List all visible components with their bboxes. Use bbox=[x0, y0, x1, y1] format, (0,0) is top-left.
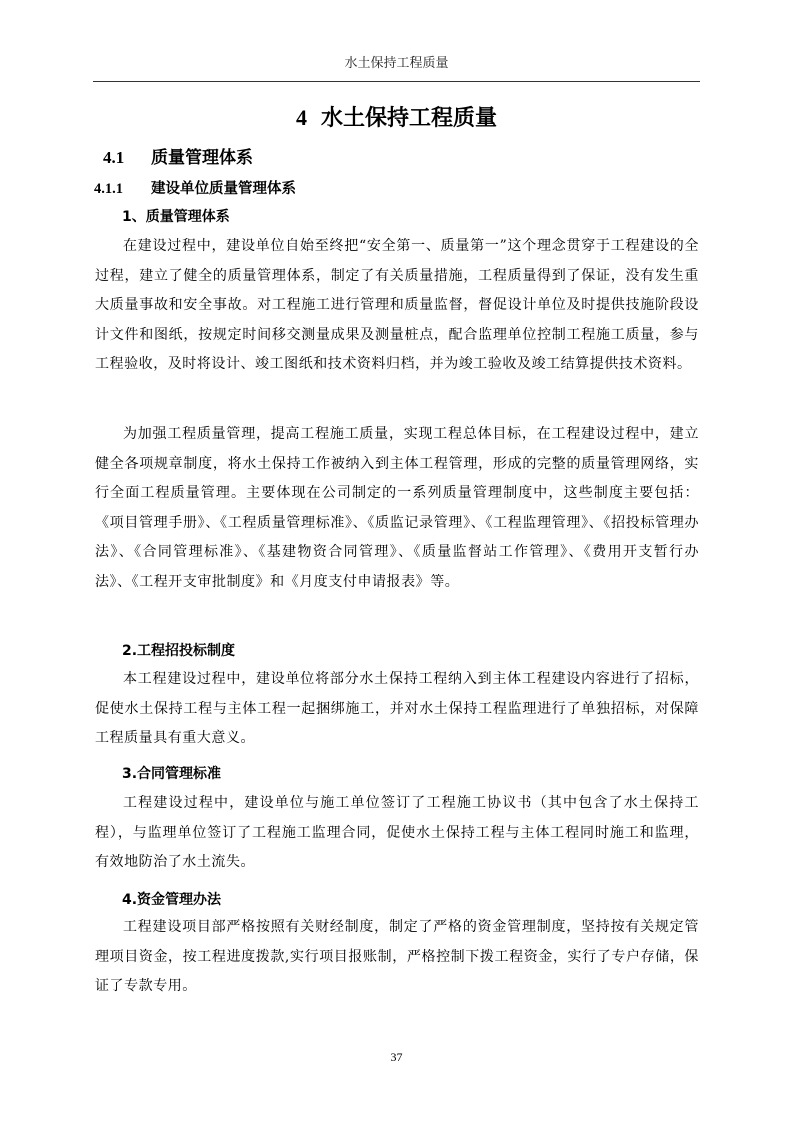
body-paragraph: 为加强工程质量管理，提高工程施工质量，实现工程总体目标，在工程建设过程中，建立健… bbox=[95, 420, 699, 598]
item-heading: 4.资金管理办法 bbox=[122, 889, 221, 909]
section-heading: 4.1质量管理体系 bbox=[103, 143, 253, 168]
section-title: 质量管理体系 bbox=[151, 148, 253, 168]
chapter-number: 4 bbox=[296, 105, 307, 130]
item-heading: 1、质量管理体系 bbox=[122, 206, 230, 226]
body-paragraph: 本工程建设过程中，建设单位将部分水土保持工程纳入到主体工程建设内容进行了招标，促… bbox=[95, 665, 699, 754]
running-header: 水土保持工程质量 bbox=[0, 52, 793, 71]
body-paragraph: 工程建设过程中，建设单位与施工单位签订了工程施工协议书（其中包含了水土保持工程）… bbox=[95, 789, 699, 878]
item-heading: 3.合同管理标准 bbox=[122, 763, 221, 783]
document-page: 水土保持工程质量 4水土保持工程质量 4.1质量管理体系 4.1.1建设单位质量… bbox=[0, 0, 793, 1122]
subsection-heading: 4.1.1建设单位质量管理体系 bbox=[94, 177, 296, 198]
chapter-title-text: 水土保持工程质量 bbox=[321, 106, 497, 131]
body-paragraph: 工程建设项目部严格按照有关财经制度，制定了严格的资金管理制度，坚持按有关规定管理… bbox=[95, 913, 699, 1002]
page-number: 37 bbox=[0, 1050, 793, 1065]
item-heading: 2.工程招投标制度 bbox=[122, 640, 235, 660]
body-paragraph: 在建设过程中，建设单位自始至终把“安全第一、质量第一”这个理念贯穿于工程建设的全… bbox=[95, 232, 699, 380]
subsection-title: 建设单位质量管理体系 bbox=[151, 181, 296, 197]
header-rule bbox=[93, 81, 700, 82]
section-number: 4.1 bbox=[103, 148, 151, 168]
subsection-number: 4.1.1 bbox=[94, 181, 151, 198]
chapter-title: 4水土保持工程质量 bbox=[0, 101, 793, 132]
